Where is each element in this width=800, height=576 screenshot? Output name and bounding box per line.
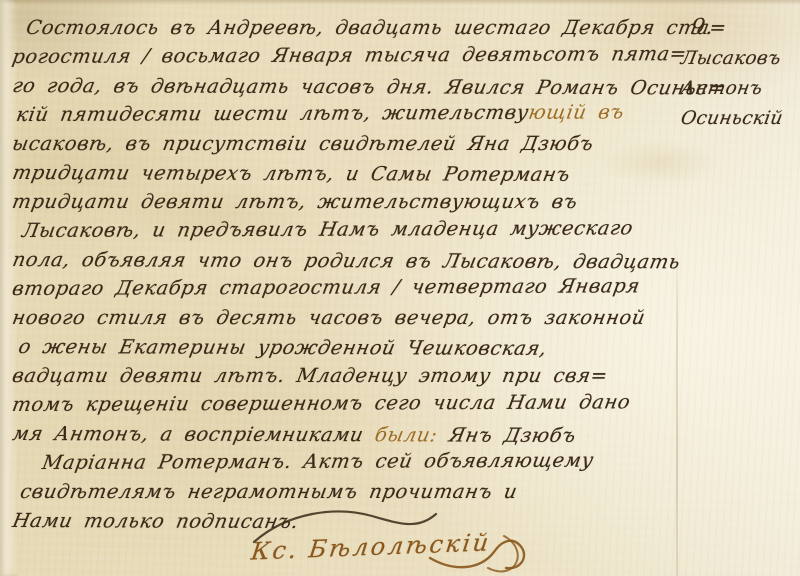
margin-annotations: 9. Лысаковъ Антонъ Осиньскій — [681, 11, 799, 134]
manuscript-line-14: томъ крещеніи совершенномъ сего числа На… — [10, 387, 681, 419]
margin-note-given-name: Антонъ — [678, 74, 800, 104]
line-text: пола, объявляя что онъ родился въ Лысако… — [11, 248, 683, 273]
line-text: втораго Декабря старогостиля / четвертаг… — [11, 274, 642, 300]
manuscript-line-17: свидѣтелямъ неграмотнымъ прочитанъ и — [18, 477, 681, 506]
manuscript-line-13: вадцати девяти лѣтъ. Младенцу этому при … — [10, 361, 681, 390]
manuscript-line-8: Лысаковѣ, и предъявилъ Намъ младенца муж… — [20, 213, 681, 245]
line-text: кій пятидесяти шести лѣтъ, жительству — [15, 101, 531, 126]
line-text: Лысаковѣ, и предъявилъ Намъ младенца муж… — [21, 216, 636, 242]
line-text: рогостиля / восьмаго Января тысяча девят… — [11, 42, 689, 68]
manuscript-line-2: рогостиля / восьмаго Января тысяча девят… — [10, 39, 681, 71]
line-text: мя Антонъ, а воспріемниками — [11, 422, 378, 446]
manuscript-line-6: тридцати четырехъ лѣтъ, и Самы Ротерманъ — [10, 158, 681, 189]
line-text: Состоялось въ Андреевѣ, двадцать шестаго… — [25, 16, 729, 39]
line-text-faded: были: — [373, 423, 440, 446]
line-text: тридцати девяти лѣтъ, жительствующихъ въ — [11, 190, 580, 213]
line-text: го года, въ двѣнадцать часовъ дня. Явилс… — [11, 74, 728, 99]
line-text: о жены Екатерины урожденной Чешковская, — [17, 335, 550, 360]
manuscript-line-11: нового стиля въ десять часовъ вечера, от… — [10, 303, 681, 332]
manuscript-page: Состоялось въ Андреевѣ, двадцать шестаго… — [0, 0, 800, 576]
line-text: свидѣтелямъ неграмотнымъ прочитанъ и — [19, 480, 520, 503]
line-text: тридцати четырехъ лѣтъ, и Самы Ротерманъ — [11, 161, 573, 186]
line-text: томъ крещеніи совершенномъ сего числа На… — [11, 390, 633, 416]
line-text-faded: ющій въ — [527, 100, 626, 123]
line-text: вадцати девяти лѣтъ. Младенцу этому при … — [11, 364, 610, 387]
line-text: Янъ Дзюбъ — [435, 423, 578, 446]
page-top-edge — [0, 0, 800, 5]
manuscript-body: Состоялось въ Андреевѣ, двадцать шестаго… — [10, 13, 676, 535]
margin-note-surname: Осиньскій — [678, 104, 800, 134]
manuscript-line-7: тридцати девяти лѣтъ, жительствующихъ въ — [10, 187, 681, 216]
manuscript-line-18: Нами только подписанъ. — [10, 506, 681, 537]
line-text: ысаковѣ, въ присутствіи свидѣтелей Яна Д… — [11, 132, 596, 155]
manuscript-line-1: Состоялось въ Андреевѣ, двадцать шестаго… — [24, 13, 681, 42]
margin-note-village: Лысаковъ — [678, 44, 800, 74]
manuscript-line-10: втораго Декабря старогостиля / четвертаг… — [10, 271, 681, 303]
line-text: Нами только подписанъ. — [11, 509, 301, 533]
manuscript-line-12: о жены Екатерины урожденной Чешковская, — [16, 332, 681, 363]
line-text: Маріанна Ротерманъ. Актъ сей объявляющем… — [41, 449, 596, 474]
record-number: 9. — [689, 11, 800, 44]
manuscript-line-5: ысаковѣ, въ присутствіи свидѣтелей Яна Д… — [10, 129, 681, 158]
manuscript-line-16: Маріанна Ротерманъ. Актъ сей объявляющем… — [40, 445, 681, 477]
line-text: нового стиля въ десять часовъ вечера, от… — [11, 306, 648, 329]
manuscript-line-4: кій пятидесяти шести лѣтъ, жительствующі… — [14, 97, 681, 129]
